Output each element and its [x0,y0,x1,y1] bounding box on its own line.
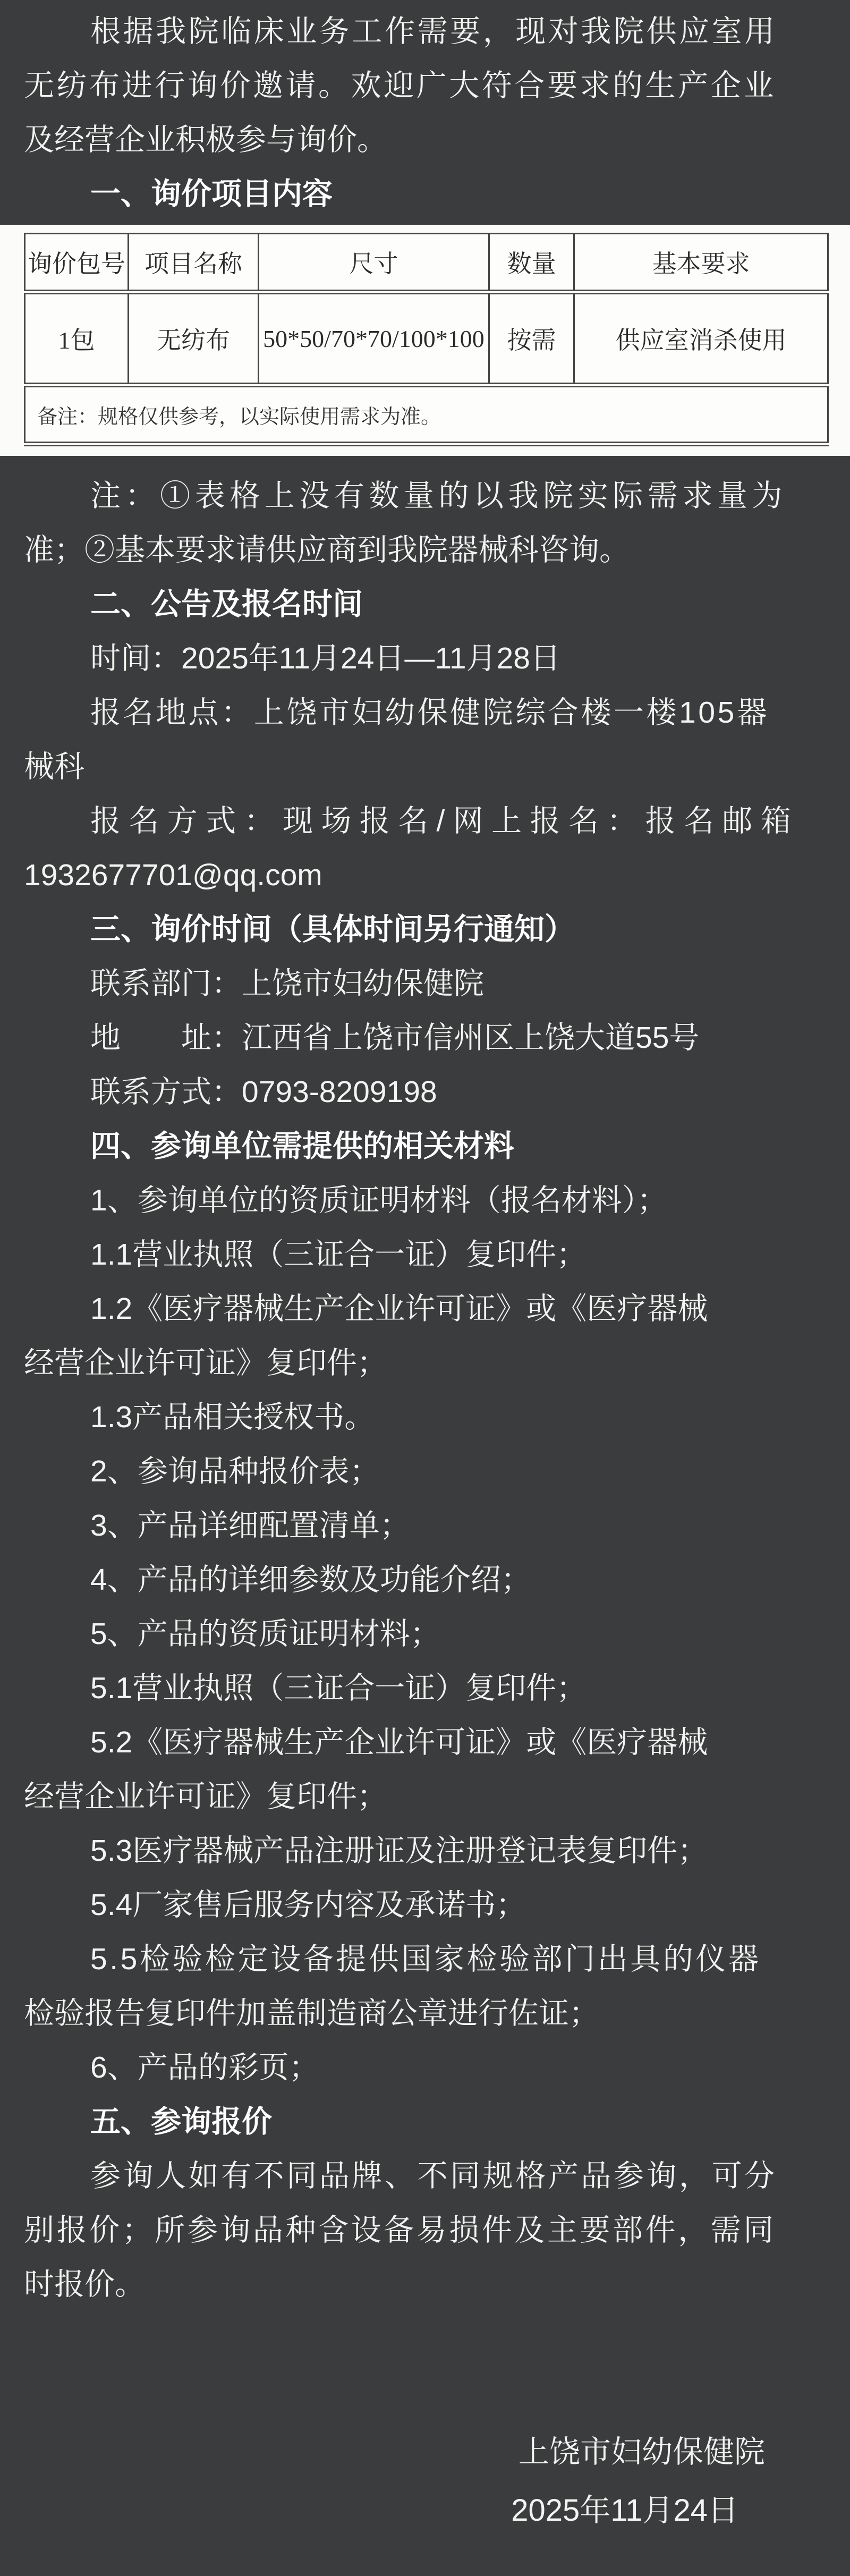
table-row: 1包 无纺布 50*50/70*70/100*100 按需 供应室消杀使用 [25,292,828,385]
material-item-1-2-line-2: 经营企业许可证》复印件； [0,1336,850,1390]
table-remark: 备注：规格仅供参考，以实际使用需求为准。 [25,385,828,444]
table-header-package: 询价包号 [25,234,129,292]
table-header-row: 询价包号 项目名称 尺寸 数量 基本要求 [25,234,828,292]
quote-paragraph-line-1: 参询人如有不同品牌、不同规格产品参询，可分 [0,2149,850,2203]
material-item-4: 4、产品的详细参数及功能介绍； [0,1553,850,1607]
section5-heading: 五、参询报价 [0,2095,850,2149]
intro-line-2: 无纺布进行询价邀请。欢迎广大符合要求的生产企业 [0,58,850,113]
signup-location-line-1: 报名地点：上饶市妇幼保健院综合楼一楼105器 [0,685,850,740]
contact-phone-line: 联系方式：0793-8209198 [0,1065,850,1119]
section2-heading: 二、公告及报名时间 [0,577,850,631]
signature-date: 2025年11月24日 [0,2481,850,2540]
table-cell-name: 无纺布 [129,292,259,385]
section1-heading: 一、询价项目内容 [0,167,850,221]
inquiry-table-strip: 询价包号 项目名称 尺寸 数量 基本要求 1包 无纺布 50*50/70*70/… [0,225,850,456]
section4-heading: 四、参询单位需提供的相关材料 [0,1119,850,1173]
table-header-requirement: 基本要求 [574,234,828,292]
material-item-5: 5、产品的资质证明材料； [0,1607,850,1661]
material-item-1-1: 1.1营业执照（三证合一证）复印件； [0,1227,850,1282]
material-item-1-2-line-1: 1.2《医疗器械生产企业许可证》或《医疗器械 [0,1282,850,1336]
material-item-2: 2、参询品种报价表； [0,1444,850,1498]
material-item-5-5-line-1: 5.5检验检定设备提供国家检验部门出具的仪器 [0,1932,850,1986]
note-line-1: 注：①表格上没有数量的以我院实际需求量为 [0,469,850,523]
material-item-5-3: 5.3医疗器械产品注册证及注册登记表复印件； [0,1824,850,1878]
table-cell-package: 1包 [25,292,129,385]
top-margin [0,0,850,4]
inquiry-announcement-document: 根据我院临床业务工作需要，现对我院供应室用 无纺布进行询价邀请。欢迎广大符合要求… [0,0,850,2576]
material-item-5-2-line-2: 经营企业许可证》复印件； [0,1769,850,1824]
material-item-3: 3、产品详细配置清单； [0,1498,850,1553]
quote-paragraph-line-3: 时报价。 [0,2257,850,2311]
intro-line-3: 及经营企业积极参与询价。 [0,113,850,167]
table-cell-quantity: 按需 [489,292,574,385]
signup-email-line: 1932677701@qq.com [0,848,850,902]
table-header-size: 尺寸 [258,234,489,292]
material-item-6: 6、产品的彩页； [0,2040,850,2095]
table-cell-requirement: 供应室消杀使用 [574,292,828,385]
signup-location-line-2: 械科 [0,740,850,794]
material-item-5-5-line-2: 检验报告复印件加盖制造商公章进行佐证； [0,1986,850,2040]
signup-method-line: 报名方式：现场报名/网上报名：报名邮箱 [0,794,850,848]
note-line-2: 准；②基本要求请供应商到我院器械科咨询。 [0,523,850,577]
table-header-quantity: 数量 [489,234,574,292]
announcement-time-line: 时间：2025年11月24日—11月28日 [0,631,850,685]
table-header-name: 项目名称 [129,234,259,292]
quote-paragraph-line-2: 别报价；所参询品种含设备易损件及主要部件，需同 [0,2203,850,2257]
signature-organization: 上饶市妇幼保健院 [0,2423,850,2481]
contact-dept-line: 联系部门：上饶市妇幼保健院 [0,956,850,1011]
material-item-1-3: 1.3产品相关授权书。 [0,1390,850,1444]
section3-heading: 三、询价时间（具体时间另行通知） [0,902,850,956]
table-remark-row: 备注：规格仅供参考，以实际使用需求为准。 [25,385,828,444]
material-item-5-2-line-1: 5.2《医疗器械生产企业许可证》或《医疗器械 [0,1715,850,1769]
material-item-1: 1、参询单位的资质证明材料（报名材料）； [0,1173,850,1227]
signature-gap [0,2311,850,2423]
material-item-5-4: 5.4厂家售后服务内容及承诺书； [0,1878,850,1932]
intro-line-1: 根据我院临床业务工作需要，现对我院供应室用 [0,4,850,58]
contact-address-line: 地 址：江西省上饶市信州区上饶大道55号 [0,1011,850,1065]
inquiry-table: 询价包号 项目名称 尺寸 数量 基本要求 1包 无纺布 50*50/70*70/… [24,233,829,446]
material-item-5-1: 5.1营业执照（三证合一证）复印件； [0,1661,850,1715]
table-cell-size: 50*50/70*70/100*100 [258,292,489,385]
